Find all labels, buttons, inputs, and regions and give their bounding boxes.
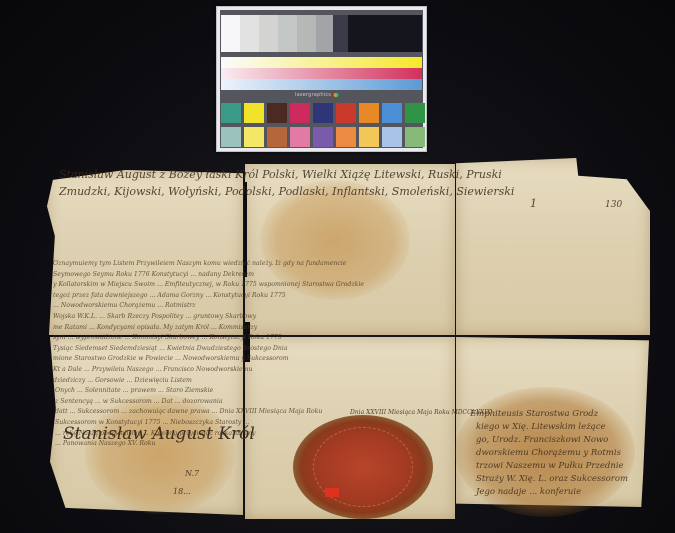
chart-body: lasergraphics [220,10,423,148]
annotation-line: trzowi Naszemu w Pułku Przednie [476,461,624,471]
color-patches-row-1 [221,103,425,123]
color-patch [290,127,310,147]
gray-step-patch [278,15,297,52]
handwritten-line: ... Nowodworskiemu Chorążemu ... Rotmist… [53,302,645,309]
annotation-line: go, Urodz. Franciszkowi Nowo [476,435,608,445]
lower-left-note-1: N.7 [185,469,199,478]
annotation-line: dworskiemu Chorążemu y Rotmis [476,448,621,458]
magenta-gradient-bar [221,68,422,79]
color-patch [359,103,379,123]
annotation-line: Jego nadaje ... konferuie [476,487,581,497]
logo-icon [333,93,339,97]
color-patch [382,103,402,123]
handwritten-line: mione Starostwo Grodzkie w Powiecie ... … [53,355,645,362]
color-patch [267,103,287,123]
handwritten-line: Kt a Dale ... Przywileiu Naszego ... Fra… [53,366,645,373]
color-patch [405,127,425,147]
handwritten-line: Tysiąc Siedemset Siedemdziesiąt ... Kwie… [53,345,645,352]
royal-signature: Stanisław August Król [63,424,255,444]
color-patch [221,103,241,123]
handwritten-line: dziedziczy ... Gorsowie ... Dziewięciu L… [53,377,645,384]
yellow-gradient-bar [221,57,422,68]
handwritten-line: sym ... wyprowadzone ... Kommisyi Skarbo… [53,334,645,341]
black-patch [348,15,422,52]
color-patch [313,103,333,123]
handwritten-line: Seymowego Seymu Roku 1776 Konstytucyi ..… [53,271,645,278]
chart-logo-text: lasergraphics [295,92,331,98]
color-patch [336,103,356,123]
handwritten-line: tegoż przez fata dawniejszego ... Adama … [53,292,645,299]
handwritten-line: Onych ... Solennitate ... prawem ... Sta… [55,387,635,394]
page-marker: 1 [530,197,537,210]
color-patch [313,127,333,147]
heading-line-2: Zmudzki, Kijowski, Wołyński, Podolski, P… [59,185,514,198]
dark-gray-patch [333,15,348,52]
color-patch [405,103,425,123]
historical-document: Stanisław August z Bożey łaski Król Pols… [45,162,650,519]
page-marker-right: 130 [605,200,622,210]
color-patch [290,103,310,123]
color-patch [221,127,241,147]
color-patches-row-2 [221,127,425,147]
cyan-gradient-bar [221,79,422,90]
color-patch [336,127,356,147]
seal-fragment [325,488,339,497]
color-calibration-chart: lasergraphics [216,6,427,152]
gray-step-patch [240,15,259,52]
color-gradient-bars [221,57,422,90]
gray-step-patch [221,15,240,52]
annotation-line: Straży W. Xię. L. oraz Sukcessorom [476,474,628,484]
color-patch [267,127,287,147]
handwritten-line: y Kollatorskim w Miejscu Swoim ... Emfit… [53,281,645,288]
annotation-line: Emphiteusis Starostwa Grodz [470,409,598,419]
annotation-line: kiego w Xię. Litewskim leżące [476,422,606,432]
lower-left-note-2: 18... [173,487,191,496]
gray-scale-steps [221,15,335,52]
handwritten-line: Oznaymuiemy tym Listem Przywileiem Naszy… [53,260,645,267]
handwritten-line: z Sentencyą ... w Sukcessorom ... Dat ..… [55,398,635,405]
heading-line-1: Stanisław August z Bożey łaski Król Pols… [59,168,502,181]
red-wax-seal [293,415,433,519]
handwritten-line: Wojska W.K.L. ... Skarb Rzeczy Pospolite… [53,313,645,320]
color-patch [359,127,379,147]
handwritten-line: me Ratami ... Kondycyami opisała. My zat… [53,324,645,331]
color-patch [244,127,264,147]
gray-step-patch [297,15,316,52]
gray-step-patch [259,15,278,52]
color-patch [382,127,402,147]
chart-logo: lasergraphics [295,92,339,98]
color-patch [244,103,264,123]
